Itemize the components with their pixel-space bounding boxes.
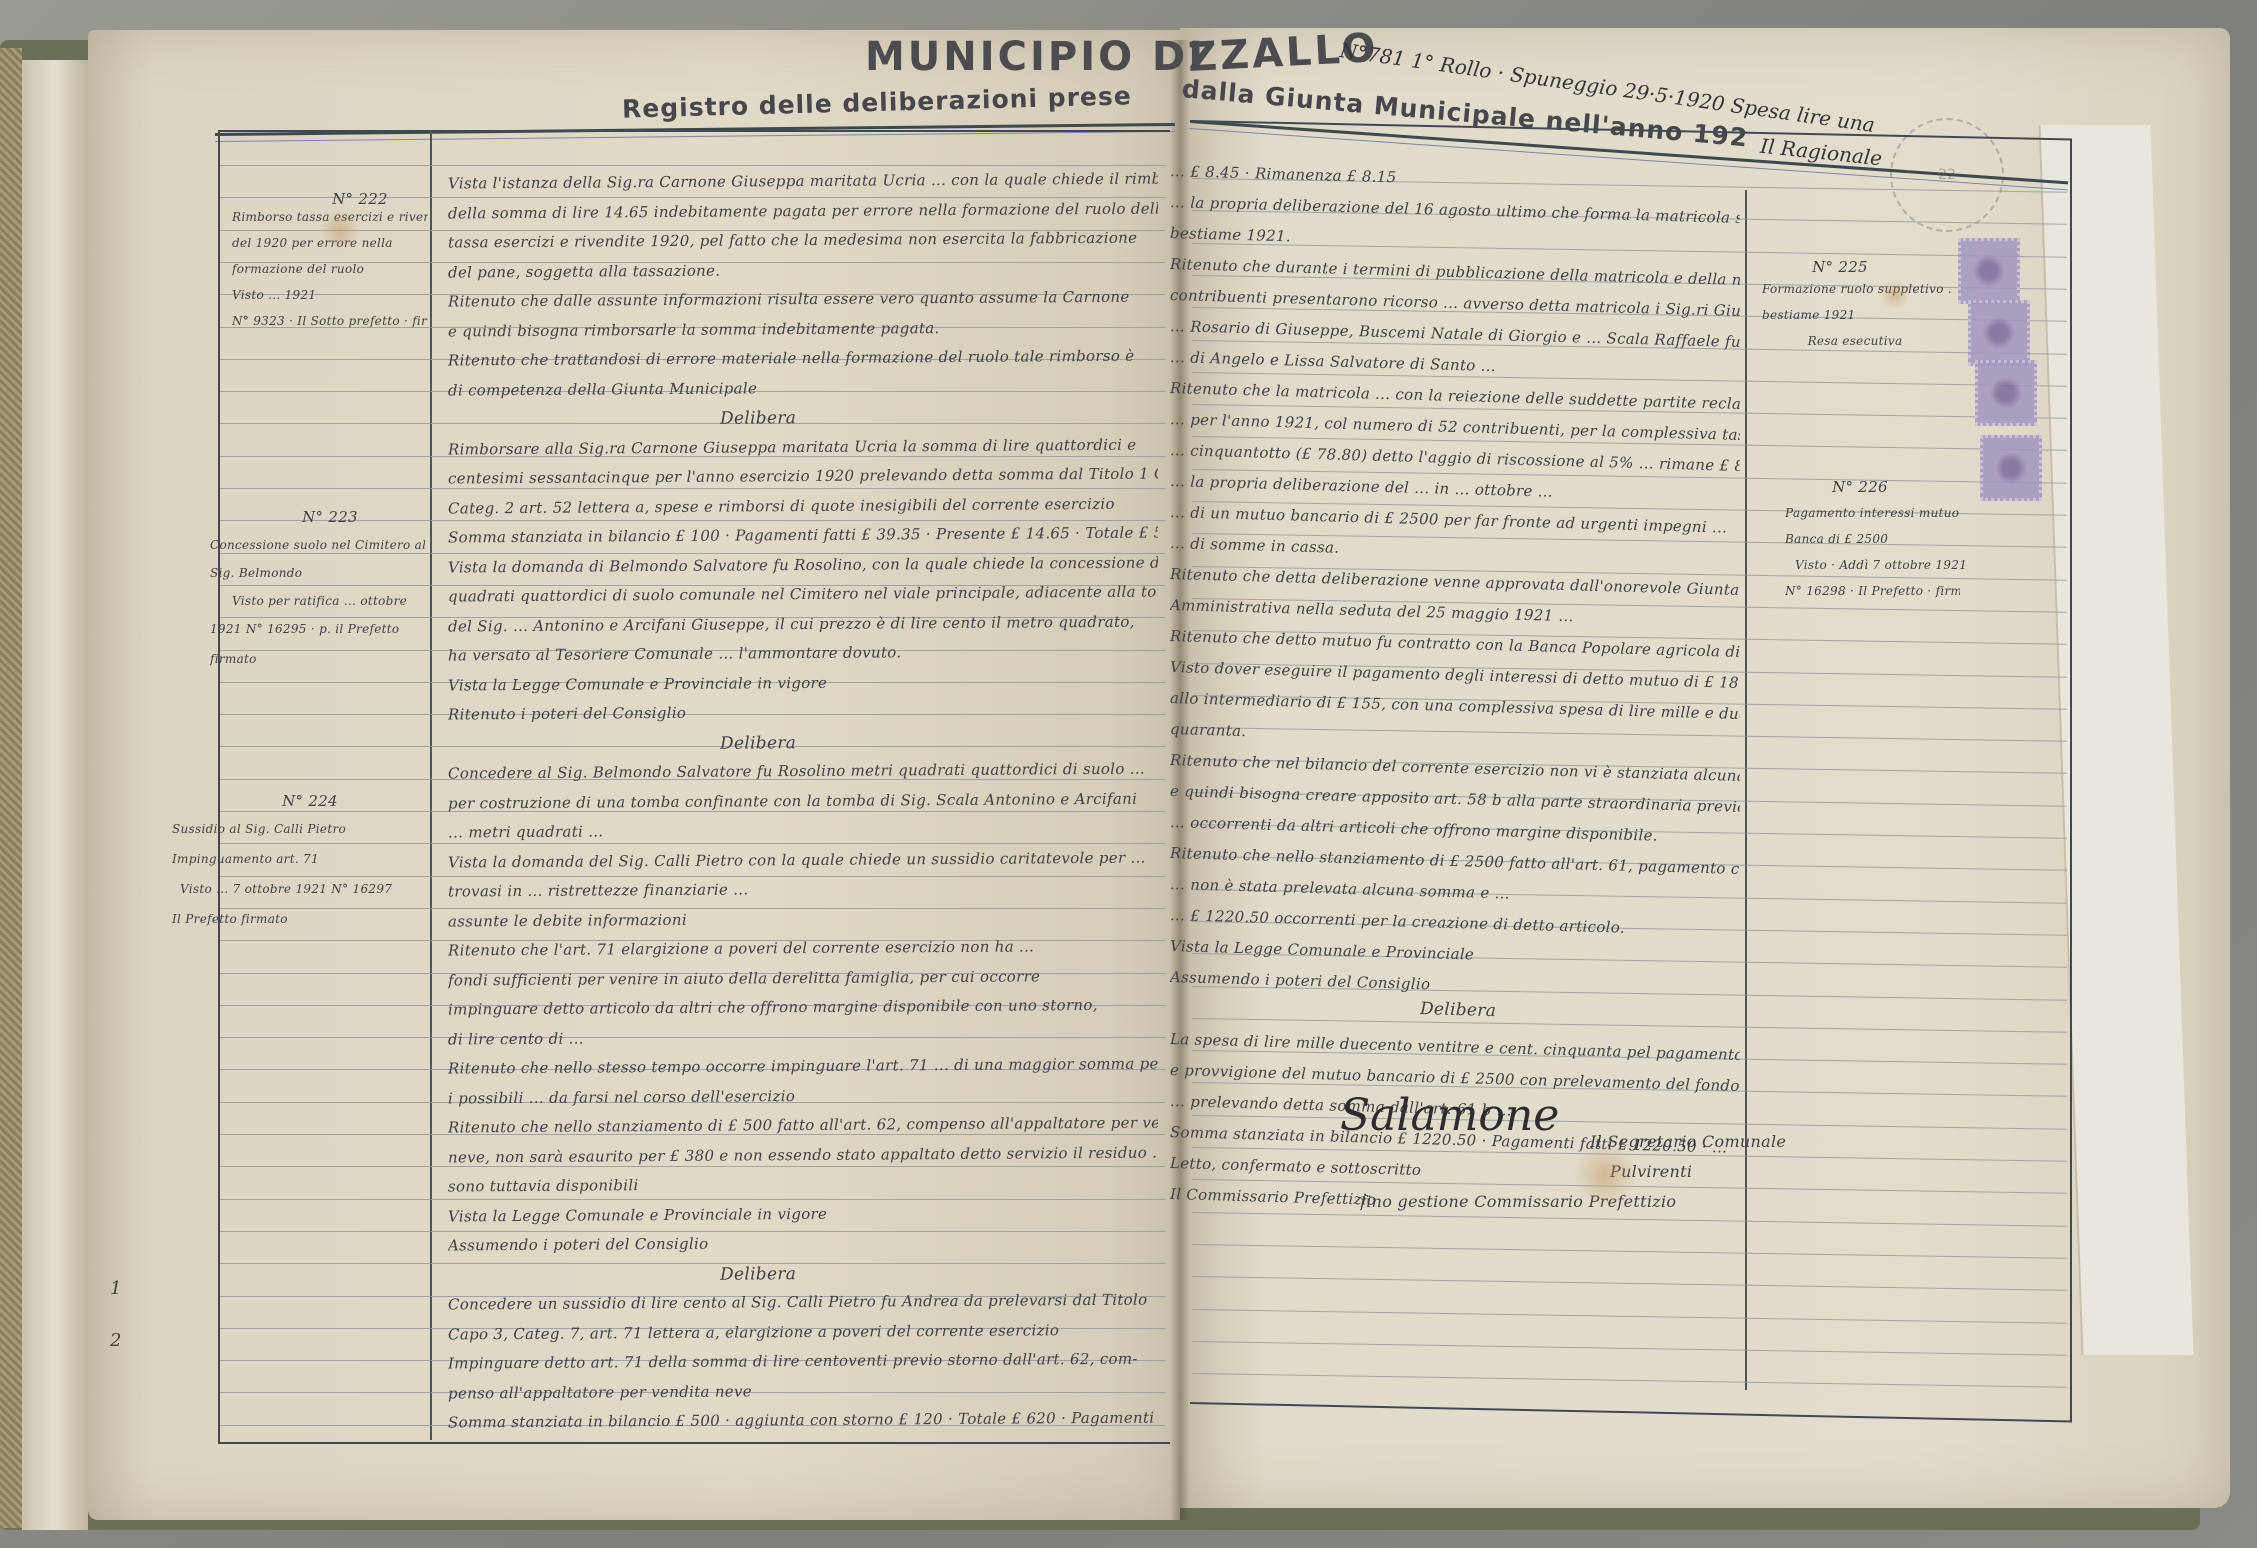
ruled-line <box>220 876 1165 877</box>
entry-line: Concessione suolo nel Cimitero al <box>210 538 425 552</box>
section-heading-delibera: Delibera <box>720 407 920 428</box>
entry-line: Sig. Belmondo <box>210 566 425 580</box>
entry-line: firmato <box>210 652 425 666</box>
commissioner-signature: Salamone <box>1340 1090 1559 1141</box>
ruled-line <box>220 1199 1165 1200</box>
ruled-line <box>220 811 1165 812</box>
entry-line: Visto ... 1921 <box>232 288 428 302</box>
ruled-line <box>220 165 1165 166</box>
entry-line: Formazione ruolo suppletivo ... <box>1762 282 1952 296</box>
revenue-stamp-icon <box>1958 238 2020 304</box>
entry-line: N° 9323 · Il Sotto prefetto · firmato <box>232 314 428 328</box>
entry-line: Resa esecutiva <box>1780 334 1930 348</box>
revenue-stamp-icon <box>1980 435 2042 501</box>
ruled-line <box>220 423 1165 424</box>
item-number-2: 2 <box>110 1330 122 1351</box>
ruled-line <box>220 1263 1165 1264</box>
entry-line: Banca di £ 2500 <box>1785 532 1960 546</box>
ruled-line <box>220 1166 1165 1167</box>
entry-line: Visto per ratifica ... ottobre <box>232 594 427 608</box>
paper-stain <box>1880 280 1910 310</box>
entry-line: Il Prefetto firmato <box>172 912 427 926</box>
section-heading-delibera: Delibera <box>720 1263 920 1284</box>
paper-stain <box>320 210 360 250</box>
entry-line: Pagamento interessi mutuo <box>1785 506 1960 520</box>
ruled-line <box>220 843 1165 844</box>
entry-number: N° 222 <box>300 190 420 208</box>
revenue-stamp-icon <box>1975 360 2037 426</box>
section-heading-delibera: Delibera <box>720 732 920 753</box>
entry-line: Impinguamento art. 71 <box>172 852 427 866</box>
entry-number: N° 224 <box>250 792 370 810</box>
entry-line: bestiame 1921 <box>1762 308 1952 322</box>
entry-line: formazione del ruolo <box>232 262 428 276</box>
paper-stain <box>1575 1140 1635 1210</box>
right-margin-column-divider <box>1745 190 1747 1390</box>
entry-line: Visto ... 7 ottobre 1921 N° 16297 <box>180 882 430 896</box>
ruled-line <box>220 553 1165 554</box>
cover-cloth-edge <box>0 48 22 1528</box>
entry-line: 1921 N° 16295 · p. il Prefetto <box>210 622 425 636</box>
entry-number: N° 223 <box>270 508 390 526</box>
item-number-1: 1 <box>110 1278 122 1299</box>
ruled-line <box>220 746 1165 747</box>
entry-line: N° 16298 · Il Prefetto · firmato <box>1785 584 1960 598</box>
revenue-stamp-icon <box>1968 300 2030 366</box>
entry-line: Visto · Addì 7 ottobre 1921 <box>1795 558 1965 572</box>
entry-number: N° 225 <box>1770 258 1910 276</box>
page-stack-left <box>22 60 88 1530</box>
header-title-left: MUNICIPIO DI <box>865 34 1206 80</box>
ruled-line <box>220 488 1165 489</box>
entry-number: N° 226 <box>1800 478 1920 496</box>
entry-line: Sussidio al Sig. Calli Pietro <box>172 822 427 836</box>
